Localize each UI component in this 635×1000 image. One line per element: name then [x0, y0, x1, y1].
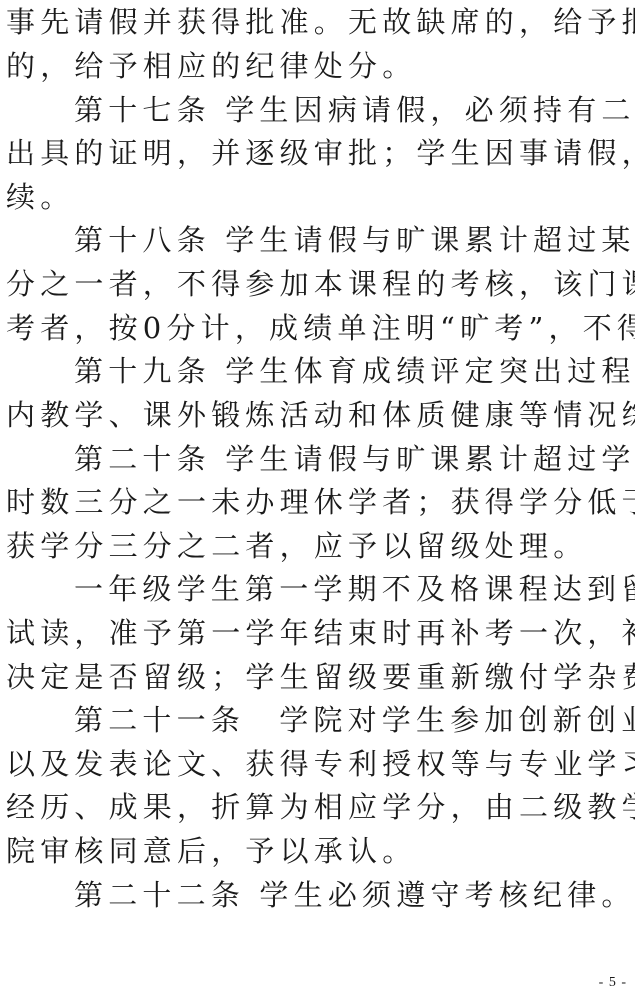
text-line: 获学分三分之二者，应予以留级处理。	[6, 528, 631, 564]
text-line: 事先请假并获得批准。无故缺席的，给予批评教育，情节严重	[6, 4, 631, 40]
text-line: 经历、成果，折算为相应学分，由二级教学单位建立档案，学	[6, 789, 631, 825]
text-line: 决定是否留级；学生留级要重新缴付学杂费。	[6, 659, 631, 695]
text-line: 时数三分之一未办理休学者；获得学分低于学期（或学年）应	[6, 484, 631, 520]
page-number: - 5 -	[599, 975, 627, 991]
text-line: 的，给予相应的纪律处分。	[6, 48, 631, 84]
article-19-start: 第十九条 学生体育成绩评定突出过程管理，根据考勤、课	[74, 353, 635, 389]
text-line: 内教学、课外锻炼活动和体质健康等情况综合评定。	[6, 397, 631, 433]
paragraph-start: 一年级学生第一学期不及格课程达到留级规定时，可跟班	[74, 571, 635, 607]
article-18-start: 第十八条 学生请假与旷课累计超过某门课程教学时数三	[74, 222, 635, 258]
text-line: 以及发表论文、获得专利授权等与专业学习、学业要求相关的	[6, 746, 631, 782]
text-line: 续。	[6, 179, 631, 215]
article-22-start: 第二十二条 学生必须遵守考核纪律。对违反考核纪律、作	[74, 877, 635, 913]
text-line: 分之一者，不得参加本课程的考核，该门课程需重修。无故缺	[6, 266, 631, 302]
text-line: 试读，准予第一学年结束时再补考一次，补考后视其学年成绩	[6, 615, 631, 651]
article-21-start: 第二十一条 学院对学生参加创新创业、社会实践等活动	[74, 702, 635, 738]
document-page: 事先请假并获得批准。无故缺席的，给予批评教育，情节严重 的，给予相应的纪律处分。…	[0, 0, 635, 1000]
text-line: 考者，按0分计，成绩单注明“旷考”，不得参加学期补考。	[6, 310, 631, 346]
text-line: 院审核同意后，予以承认。	[6, 833, 631, 869]
article-17-start: 第十七条 学生因病请假，必须持有二级甲等或以上的医院	[74, 92, 635, 128]
article-20-start: 第二十条 学生请假与旷课累计超过学期（或学年）总教学	[74, 441, 635, 477]
text-line: 出具的证明，并逐级审批；学生因事请假，须事先办理请假手	[6, 135, 631, 171]
